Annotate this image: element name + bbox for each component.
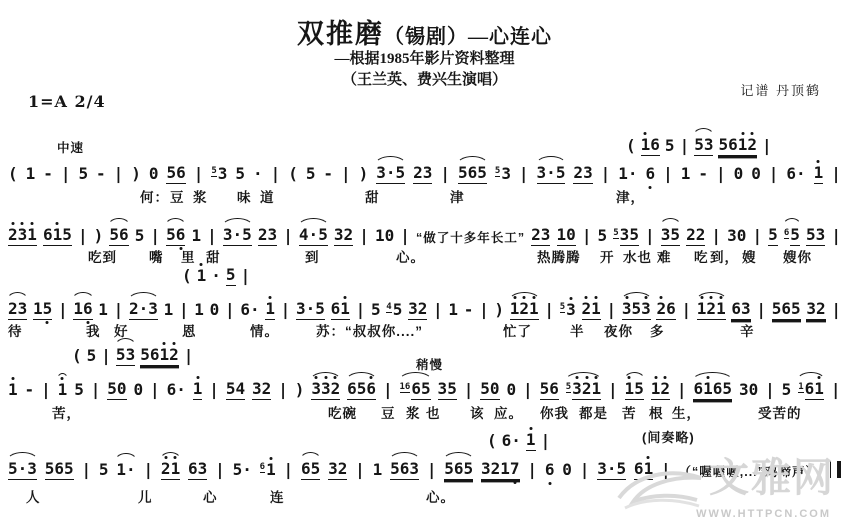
lyric-text: 人 <box>26 486 41 506</box>
annotation-text: (间奏略) <box>642 427 695 446</box>
barline: | <box>544 302 554 320</box>
barline: | <box>711 228 721 246</box>
note-token: 535 <box>613 227 639 246</box>
barline: | <box>464 382 474 400</box>
lyric-text: 豆 <box>170 186 185 206</box>
barline: | <box>677 382 687 400</box>
barline: | <box>184 348 194 366</box>
lyric-text: 该 <box>470 402 485 422</box>
note-token: ( <box>182 268 192 286</box>
note-token: 15 <box>33 301 52 320</box>
note-token: 563 <box>390 461 419 480</box>
pickup-phrase: (165|535612| <box>626 132 772 156</box>
lyric-text: 多 <box>650 320 665 340</box>
note-token: 5 <box>74 382 84 400</box>
note-token: 53 <box>560 302 576 320</box>
octave-dot-above <box>196 376 199 379</box>
note-token: · <box>253 166 263 184</box>
lyric-text: 热腾腾 <box>537 246 581 266</box>
note-token: 63 <box>731 301 750 320</box>
octave-dot-above <box>269 457 272 460</box>
grace-note: 5 <box>613 228 618 239</box>
barline: | <box>831 228 841 246</box>
lyric-text: 都是 <box>579 402 608 422</box>
note-token: 23 <box>531 227 550 246</box>
lyric-text: 开 <box>600 246 615 266</box>
note-token: 23 <box>258 227 277 246</box>
note-token: 21 <box>582 301 601 320</box>
octave-dot-above <box>719 296 722 299</box>
note-token: 1· <box>618 166 637 184</box>
note-token: 5 <box>306 166 316 184</box>
grace-note: 4 <box>386 302 391 313</box>
octave-dot-above <box>644 296 647 299</box>
note-token: 1 <box>373 462 383 480</box>
note-token: 1 <box>8 382 18 400</box>
lyric-text: 道 <box>260 186 275 206</box>
barline: | <box>756 302 766 320</box>
note-token: 50 <box>480 381 499 400</box>
octave-dot-below <box>548 482 551 485</box>
note-token: 56 <box>109 227 128 246</box>
note-token: 5 <box>235 166 245 184</box>
note-token: 5 <box>598 228 608 246</box>
barline: | <box>762 138 772 156</box>
note-token: 30 <box>727 228 746 246</box>
note-token: ( <box>626 138 636 156</box>
note-token: 5 <box>78 166 88 184</box>
octave-dot-above <box>585 376 588 379</box>
lyric-text: 水也 <box>623 246 652 266</box>
octave-dot-above <box>664 376 667 379</box>
note-token: 2·3 <box>129 301 158 320</box>
lyric-text: 应。 <box>494 402 523 422</box>
barline: | <box>225 302 235 320</box>
note-token: 1· <box>116 462 135 480</box>
note-token: 6· <box>786 166 805 184</box>
note-token: 6165 <box>693 381 732 400</box>
note-token: 565 <box>772 301 801 320</box>
grace-note: 5 <box>495 166 500 177</box>
lyric-text: 心。 <box>426 486 455 506</box>
note-token: 5 <box>135 228 145 246</box>
note-token: 23 <box>573 165 592 184</box>
barline: | <box>541 433 551 451</box>
music-system: 1-|15|500|6·1|5432|)332656|166535|500|56… <box>8 374 841 400</box>
note-token: 56 <box>166 165 185 184</box>
note-token: 32 <box>408 301 427 320</box>
music-system: 2315|161|2·31|10|6·1|3·561|54532|1-|)121… <box>8 294 841 320</box>
lyric-text: 甜 <box>365 186 380 206</box>
note-token: - <box>43 166 53 184</box>
pickup-phrase: (1·5| <box>182 262 250 286</box>
barline: | <box>606 302 616 320</box>
lyric-text: 忙了 <box>503 320 532 340</box>
note-token: 1 <box>526 432 536 451</box>
lyric-text: 浆 <box>193 186 208 206</box>
note-token: 22 <box>686 227 705 246</box>
note-token: 5·3 <box>8 461 37 480</box>
note-token: 63 <box>188 461 207 480</box>
grace-note: 6 <box>260 462 265 473</box>
note-token: 53 <box>211 166 227 184</box>
note-token: - <box>698 166 708 184</box>
lyric-text: 你我 <box>540 402 569 422</box>
note-token: ) <box>295 382 305 400</box>
note-token: 23 <box>413 165 432 184</box>
note-token: 1 <box>448 302 458 320</box>
note-token: 0 <box>133 382 143 400</box>
barline: | <box>765 382 775 400</box>
note-token: 56 <box>540 381 559 400</box>
note-token: 3·5 <box>597 461 626 480</box>
note-token: 0 <box>751 166 761 184</box>
lyric-text: 吃碗 <box>328 402 357 422</box>
note-token: 35 <box>438 381 457 400</box>
note-token: - <box>25 382 35 400</box>
octave-dot-above <box>334 376 337 379</box>
octave-dot-above <box>741 132 744 135</box>
lyric-text: 心。 <box>396 246 425 266</box>
lyric-text: 何： <box>140 186 169 206</box>
barline: | <box>383 382 393 400</box>
lyric-text: 儿 <box>138 486 153 506</box>
note-token: - <box>464 302 474 320</box>
octave-dot-below <box>513 481 516 484</box>
octave-dot-above <box>529 427 532 430</box>
barline: | <box>769 166 779 184</box>
octave-dot-above <box>569 297 572 300</box>
note-token: ( <box>288 166 298 184</box>
note-token: ) <box>359 166 369 184</box>
grace-note: 5 <box>566 382 571 393</box>
barline: | <box>194 166 204 184</box>
barline: | <box>341 166 351 184</box>
note-token: 4·5 <box>299 227 328 246</box>
octave-dot-above <box>269 296 272 299</box>
note-token: 23 <box>8 301 27 320</box>
barline: | <box>78 228 88 246</box>
barline: | <box>150 382 160 400</box>
note-token: - <box>323 166 333 184</box>
note-token: 161 <box>798 381 824 400</box>
note-token: 0 <box>506 382 516 400</box>
note-token: 16 <box>73 301 92 320</box>
lyric-text: 连 <box>270 486 285 506</box>
octave-dot-above <box>647 456 650 459</box>
barline: | <box>284 462 294 480</box>
octave-dot-above <box>370 376 373 379</box>
lyric-text: 我 <box>86 320 101 340</box>
note-token: 32 <box>252 381 271 400</box>
lyric-text: 心 <box>203 486 218 506</box>
note-token: 32 <box>806 301 825 320</box>
barline: | <box>215 462 225 480</box>
note-token: 54 <box>226 381 245 400</box>
barline: | <box>143 462 153 480</box>
note-token: 65 <box>301 461 320 480</box>
barline: | <box>716 166 726 184</box>
octave-dot-above <box>513 296 516 299</box>
octave-dot-above <box>532 296 535 299</box>
note-token: 5· <box>233 462 252 480</box>
barline: | <box>101 348 111 366</box>
score-area: (1-|5-|)056|535·|(5-|)3·523|56553|3·523|… <box>0 0 849 528</box>
barline: | <box>427 462 437 480</box>
lyric-text: 生， <box>672 402 701 422</box>
note-token: 121 <box>697 301 726 320</box>
barline: | <box>278 382 288 400</box>
note-token: 6 <box>646 166 656 184</box>
octave-dot-above <box>61 377 64 380</box>
note-token: 5 <box>99 462 109 480</box>
lyric-text: 嫂 <box>742 246 757 266</box>
barline: | <box>519 166 529 184</box>
octave-dot-above <box>11 222 14 225</box>
lyric-text: 味 <box>237 186 252 206</box>
lyric-text: 苏：“叔叔你....” <box>316 320 423 340</box>
note-token: 3·5 <box>376 165 405 184</box>
tempo-marking: 中速 <box>57 138 84 156</box>
note-token: 26 <box>656 301 675 320</box>
lyric-text: 豆 <box>381 402 396 422</box>
grace-note: 6 <box>784 228 789 239</box>
note-token: 0 <box>562 462 572 480</box>
note-token: 53 <box>694 137 713 156</box>
final-barline <box>830 461 841 478</box>
lyric-text: 到， <box>710 246 739 266</box>
octave-dot-above <box>324 376 327 379</box>
note-token: 5321 <box>566 381 601 400</box>
note-token: 32 <box>334 227 353 246</box>
lyric-text: 夜你 <box>604 320 633 340</box>
note-token: 1 <box>681 166 691 184</box>
note-token: 30 <box>739 382 758 400</box>
lyric-text: 根 <box>649 402 664 422</box>
grace-note: 5 <box>560 302 565 313</box>
note-token: 1 <box>164 302 174 320</box>
note-token: 6· <box>502 433 521 451</box>
lyric-text: 浆 <box>406 402 421 422</box>
barline: | <box>601 166 611 184</box>
tempo-marking: 稍慢 <box>416 355 443 373</box>
lyric-text: 津， <box>616 186 645 206</box>
note-token: 1 <box>98 302 108 320</box>
note-token: 35 <box>661 227 680 246</box>
barline: | <box>645 228 655 246</box>
note-token: 32 <box>328 461 347 480</box>
note-token: ( <box>8 166 18 184</box>
note-token: 1 <box>193 381 203 400</box>
lyric-text: 到 <box>305 246 320 266</box>
note-token: 53 <box>495 166 511 184</box>
lyric-text: 津 <box>450 186 465 206</box>
note-token: 1 <box>814 165 824 184</box>
note-token: 565 <box>458 165 487 184</box>
note-token: 121 <box>510 301 539 320</box>
note-token: 1 <box>26 166 36 184</box>
octave-dot-above <box>595 376 598 379</box>
octave-dot-above <box>817 160 820 163</box>
note-token: 1665 <box>400 381 431 400</box>
octave-dot-below <box>46 321 49 324</box>
barline: | <box>523 382 533 400</box>
barline: | <box>663 166 673 184</box>
note-token: 15 <box>625 381 644 400</box>
lyric-text: 嘴 <box>149 246 164 266</box>
barline: | <box>479 302 489 320</box>
barline: | <box>582 228 592 246</box>
grace-note: 1 <box>798 382 803 393</box>
barline: | <box>283 228 293 246</box>
barline: | <box>831 166 841 184</box>
note-token: 56 <box>166 227 185 246</box>
note-token: ) <box>494 302 504 320</box>
octave-dot-above <box>315 376 318 379</box>
octave-dot-above <box>200 263 203 266</box>
octave-dot-above <box>625 296 628 299</box>
grace-note: 5 <box>211 166 216 177</box>
octave-dot-above <box>700 296 703 299</box>
note-token: 45 <box>386 302 402 320</box>
note-token: 61 <box>260 462 276 480</box>
lyric-text: 恩 <box>182 320 197 340</box>
barline: | <box>831 302 841 320</box>
lyric-text: 待 <box>8 320 23 340</box>
barline: | <box>831 382 841 400</box>
lyric-text: 好 <box>114 320 129 340</box>
lyric-text: 苦， <box>52 402 81 422</box>
note-token: 0 <box>734 166 744 184</box>
barline: | <box>355 462 365 480</box>
octave-dot-below <box>649 186 652 189</box>
barline: | <box>114 302 124 320</box>
octave-dot-above <box>585 296 588 299</box>
barline: | <box>41 382 51 400</box>
note-token: 6· <box>240 302 259 320</box>
note-token: ) <box>94 228 104 246</box>
octave-dot-above <box>31 222 34 225</box>
barline: | <box>359 228 369 246</box>
pickup-phrase: (5|535612| <box>72 342 193 366</box>
barline: | <box>209 382 219 400</box>
note-token: 6 <box>545 462 555 480</box>
octave-dot-above <box>163 342 166 345</box>
note-token: · <box>211 268 221 286</box>
barline: | <box>150 228 160 246</box>
note-token: 615 <box>43 227 72 246</box>
note-token: 231 <box>8 227 37 246</box>
octave-dot-above <box>523 296 526 299</box>
barline: | <box>527 462 537 480</box>
note-token: ) <box>131 166 141 184</box>
lyric-text: 受苦的 <box>758 402 802 422</box>
octave-dot-above <box>660 296 663 299</box>
octave-dot-above <box>654 376 657 379</box>
note-token: 1 <box>194 302 204 320</box>
note-token: 21 <box>161 461 180 480</box>
lyric-text: 半 <box>570 320 585 340</box>
pickup-phrase: (6·1| <box>487 427 550 451</box>
octave-dot-above <box>172 342 175 345</box>
note-token: 0 <box>210 302 220 320</box>
barline: | <box>58 302 68 320</box>
note-token: 5 <box>665 138 675 156</box>
barline: | <box>281 302 291 320</box>
barline: | <box>61 166 71 184</box>
inline-annotation: （“喔喔喔,...”鸡啼声） <box>678 466 819 481</box>
lyric-text: 吃到 <box>88 246 117 266</box>
note-token: 1 <box>197 268 207 286</box>
octave-dot-above <box>594 296 597 299</box>
barline: | <box>356 302 366 320</box>
barline: | <box>680 138 690 156</box>
note-token: 0 <box>149 166 159 184</box>
note-token: 16 <box>641 137 660 156</box>
note-token: 5612 <box>718 137 757 156</box>
note-token: 10 <box>375 228 394 246</box>
octave-dot-above <box>174 456 177 459</box>
barline: | <box>179 302 189 320</box>
note-token: 61 <box>634 461 653 480</box>
note-token: 3·5 <box>537 165 566 184</box>
note-token: 5 <box>371 302 381 320</box>
music-system: (1-|5-|)056|535·|(5-|)3·523|56553|3·523|… <box>8 158 841 184</box>
lyric-text: 辛 <box>740 320 755 340</box>
octave-dot-above <box>710 296 713 299</box>
sheet-music-page: 双推磨（锡剧）—心连心 —根据1985年影片资料整理 （王兰英、费兴生演唱） 记… <box>0 0 849 528</box>
octave-dot-above <box>751 132 754 135</box>
octave-dot-above <box>164 456 167 459</box>
note-token: 1 <box>265 301 275 320</box>
note-token: 53 <box>116 347 135 366</box>
barline: | <box>91 382 101 400</box>
note-token: 3217 <box>481 461 520 480</box>
note-token: 565 <box>45 461 74 480</box>
note-token: 5 <box>87 348 97 366</box>
inline-annotation: “做了十多年长工” <box>416 232 525 247</box>
note-token: 5 <box>768 227 778 246</box>
barline: | <box>207 228 217 246</box>
barline: | <box>81 462 91 480</box>
octave-dot-above <box>644 132 647 135</box>
lyric-text: 吃 <box>694 246 709 266</box>
note-token: 1 <box>191 228 201 246</box>
note-token: 3·5 <box>296 301 325 320</box>
barline: | <box>114 166 124 184</box>
note-token: 65 <box>784 227 800 246</box>
octave-dot-above <box>628 376 631 379</box>
octave-dot-above <box>344 296 347 299</box>
grace-note: 16 <box>400 382 411 393</box>
note-token: 353 <box>622 301 651 320</box>
lyric-text: 嫂你 <box>783 246 812 266</box>
note-token: 1 <box>58 382 68 400</box>
octave-dot-above <box>575 376 578 379</box>
note-token: 3·5 <box>223 227 252 246</box>
barline: | <box>580 462 590 480</box>
lyric-text: 难 <box>657 246 672 266</box>
barline: | <box>608 382 618 400</box>
note-token: 5 <box>782 382 792 400</box>
lyric-text: 情。 <box>250 320 279 340</box>
barline: | <box>433 302 443 320</box>
lyric-text: 也 <box>426 402 441 422</box>
barline: | <box>440 166 450 184</box>
octave-dot-above <box>818 376 821 379</box>
barline: | <box>400 228 410 246</box>
barline: | <box>241 268 251 286</box>
